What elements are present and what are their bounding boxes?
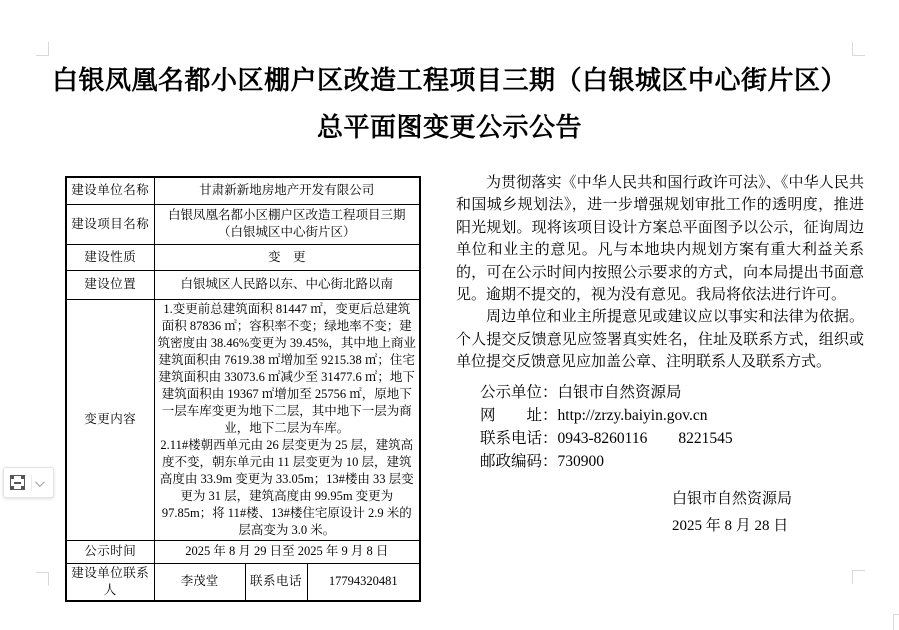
notice-paragraph-1: 为贯彻落实《中华人民共和国行政许可法》、《中华人民共和国城乡规划法》，进一步增强… (456, 172, 864, 306)
table-row: 变更内容 1.变更前总建筑面积 81447 ㎡，变更后总建筑面积 87836 ㎡… (66, 299, 420, 540)
table-row: 建设单位联系人 李茂堂 联系电话 17794320481 (66, 563, 420, 601)
crop-mark-bottom-right (852, 570, 865, 584)
publicity-unit-label: 公示单位： (480, 384, 558, 401)
signature-org: 白银市自然资源局 (672, 486, 792, 513)
publicity-period-value: 2025 年 8 月 29 日至 2025 年 9 月 8 日 (154, 540, 420, 563)
project-info-table: 建设单位名称 甘肃新新地房地产开发有限公司 建设项目名称 白银凤凰名都小区棚户区… (65, 176, 421, 602)
toolbar-divider (31, 475, 32, 491)
table-row: 公示时间 2025 年 8 月 29 日至 2025 年 9 月 8 日 (66, 540, 420, 563)
construction-nature-value: 变 更 (154, 244, 420, 270)
phone-value: 17794320481 (307, 563, 420, 601)
select-frame-button[interactable] (4, 475, 25, 490)
publicity-unit-line: 公示单位：白银市自然资源局 (480, 381, 864, 404)
table-row: 建设位置 白银城区人民路以东、中心街北路以南 (66, 270, 420, 299)
phone-line: 联系电话：0943-8260116 8221545 (480, 427, 864, 450)
contact-person-name: 李茂堂 (154, 563, 245, 601)
publicity-unit-value: 白银市自然资源局 (558, 384, 682, 401)
table-row: 建设性质 变 更 (66, 244, 420, 270)
toolbar-dropdown-button[interactable] (35, 475, 46, 490)
website-label: 网 址： (480, 407, 558, 424)
crop-mark-bottom-left (36, 572, 49, 586)
change-item-2: 2.11#楼朝西单元由 26 层变更为 25 层，建筑高度不变，朝东单元由 11… (158, 437, 417, 539)
website-value: http://zrzy.baiyin.gov.cn (558, 407, 708, 424)
notice-body: 为贯彻落实《中华人民共和国行政许可法》、《中华人民共和国城乡规划法》，进一步增强… (456, 172, 864, 473)
floating-object-toolbar[interactable] (3, 467, 54, 498)
location-label: 建设位置 (66, 270, 154, 299)
document-title: 白银凤凰名都小区棚户区改造工程项目三期（白银城区中心街片区） 总平面图变更公示公… (0, 57, 899, 151)
postcode-label: 邮政编码： (480, 453, 558, 470)
project-name-value: 白银凤凰名都小区棚户区改造工程项目三期（白银城区中心街片区） (154, 204, 420, 244)
contact-person-label: 建设单位联系人 (66, 563, 154, 601)
phone-label: 联系电话 (245, 563, 307, 601)
document-page: 白银凤凰名都小区棚户区改造工程项目三期（白银城区中心街片区） 总平面图变更公示公… (0, 0, 899, 630)
construction-nature-label: 建设性质 (66, 244, 154, 270)
contact-info-block: 公示单位：白银市自然资源局 网 址：http://zrzy.baiyin.gov… (480, 381, 864, 473)
select-frame-icon (10, 475, 25, 490)
postcode-line: 邮政编码：730900 (480, 450, 864, 473)
chevron-down-icon (35, 477, 45, 487)
website-line: 网 址：http://zrzy.baiyin.gov.cn (480, 404, 864, 427)
project-name-label: 建设项目名称 (66, 204, 154, 244)
change-item-1: 1.变更前总建筑面积 81447 ㎡，变更后总建筑面积 87836 ㎡；容积率不… (158, 301, 417, 437)
phone-line-label: 联系电话： (480, 430, 558, 447)
unit-name-label: 建设单位名称 (66, 177, 154, 204)
table-row: 建设项目名称 白银凤凰名都小区棚户区改造工程项目三期（白银城区中心街片区） (66, 204, 420, 244)
change-content-label: 变更内容 (66, 299, 154, 540)
signature-block: 白银市自然资源局 2025 年 8 月 28 日 (672, 486, 792, 540)
crop-mark-top-right (852, 42, 865, 56)
publicity-period-label: 公示时间 (66, 540, 154, 563)
table-row: 建设单位名称 甘肃新新地房地产开发有限公司 (66, 177, 420, 204)
unit-name-value: 甘肃新新地房地产开发有限公司 (154, 177, 420, 204)
notice-paragraph-2: 周边单位和业主所提意见或建议应以事实和法律为依据。个人提交反馈意见应签署真实姓名… (456, 306, 864, 373)
crop-mark-next-page (893, 614, 899, 630)
location-value: 白银城区人民路以东、中心街北路以南 (154, 270, 420, 299)
postcode-value: 730900 (558, 453, 605, 470)
change-content-value: 1.变更前总建筑面积 81447 ㎡，变更后总建筑面积 87836 ㎡；容积率不… (154, 299, 420, 540)
phone-line-value: 0943-8260116 8221545 (558, 430, 733, 447)
crop-mark-top-left (36, 42, 49, 56)
signature-date: 2025 年 8 月 28 日 (672, 513, 792, 540)
title-line-1: 白银凤凰名都小区棚户区改造工程项目三期（白银城区中心街片区） (0, 57, 899, 104)
title-line-2: 总平面图变更公示公告 (0, 104, 899, 151)
